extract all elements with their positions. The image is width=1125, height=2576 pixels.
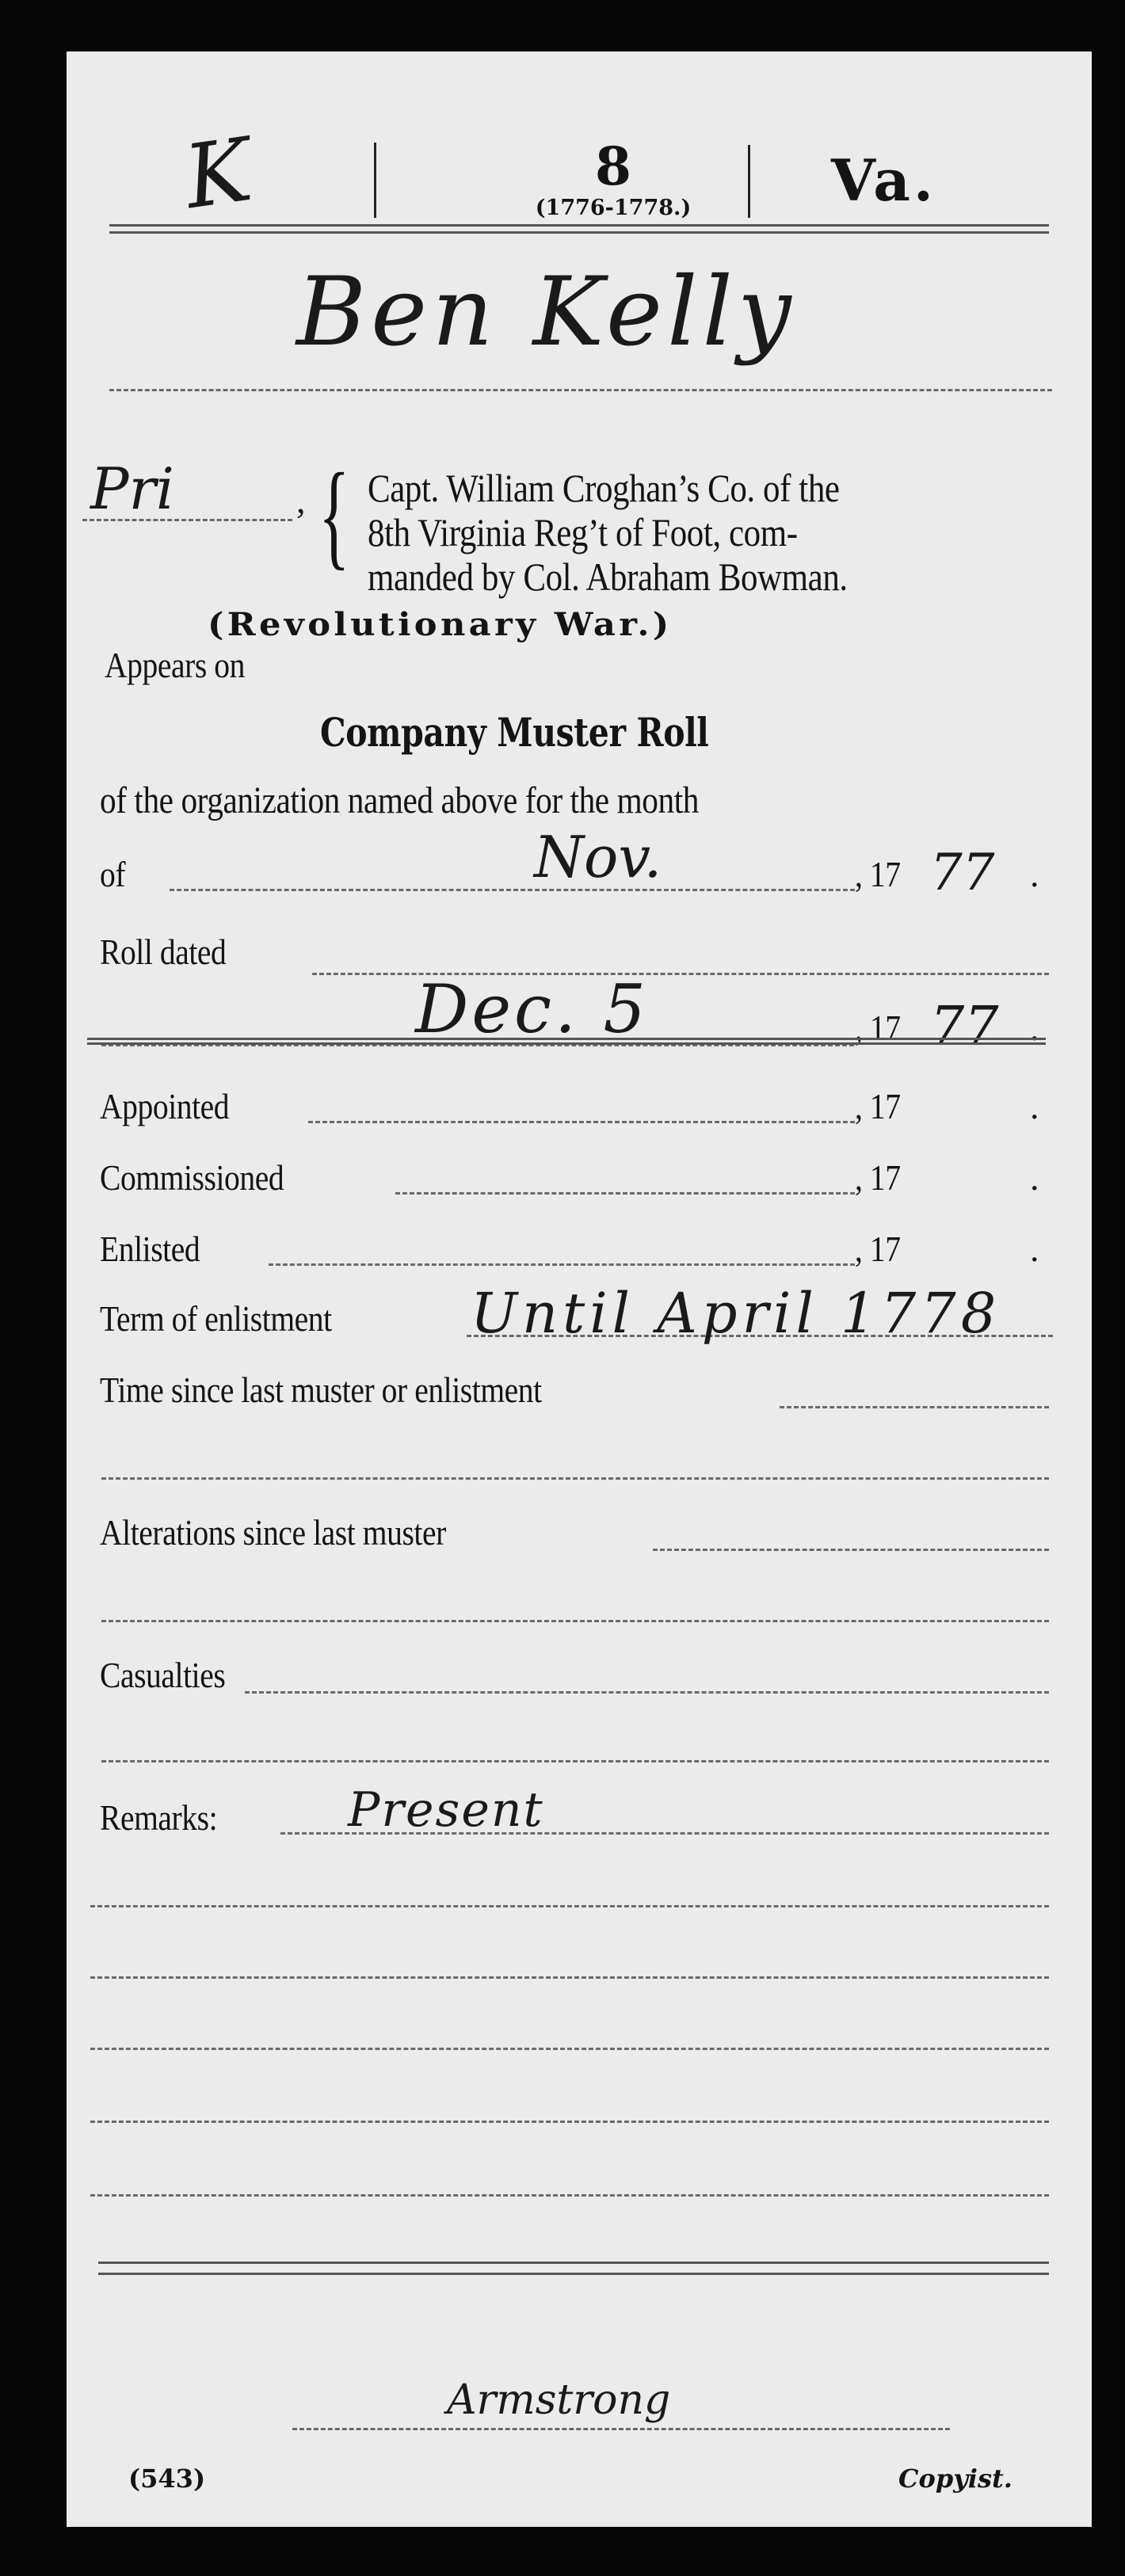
appointed-year: , 17 <box>855 1085 901 1127</box>
alterations-line-1 <box>653 1549 1049 1551</box>
remarks-line-3 <box>90 1976 1049 1979</box>
remarks-line-6 <box>90 2194 1049 2197</box>
regiment-years: (1776-1778.) <box>494 196 732 220</box>
roll-date-handwritten: Dec. 5 <box>415 970 649 1048</box>
casualties-line-2 <box>101 1760 1049 1762</box>
war-title: (Revolutionary War.) <box>208 606 672 643</box>
organization-line: of the organization named above for the … <box>100 779 699 822</box>
month-line <box>170 889 855 891</box>
commissioned-period: . <box>1030 1157 1039 1198</box>
muster-roll-card: K 8 (1776-1778.) Va. Ben Kelly Pri , { C… <box>67 51 1092 2527</box>
appointed-period: . <box>1030 1085 1039 1127</box>
roll-year-handwritten: 77 <box>930 996 999 1058</box>
unit-brace: { <box>318 455 350 574</box>
rank-comma: , <box>296 479 306 521</box>
soldier-name-handwritten: Ben Kelly <box>296 257 796 368</box>
roll-dated-label: Roll dated <box>100 931 226 973</box>
casualties-line-1 <box>245 1691 1049 1694</box>
copyist-signature: Armstrong <box>447 2376 670 2424</box>
remarks-line-2 <box>90 1905 1049 1907</box>
header-double-rule-top <box>109 224 1049 227</box>
rank-handwritten: Pri <box>90 455 174 522</box>
name-line <box>109 389 1052 391</box>
header-divider-right <box>748 145 750 218</box>
copyist-line <box>292 2428 950 2430</box>
month-prefix: of <box>100 853 125 895</box>
month-period: . <box>1030 853 1039 895</box>
alterations-label: Alterations since last muster <box>100 1511 446 1553</box>
term-value-handwritten: Until April 1778 <box>471 1281 1001 1346</box>
term-label: Term of enlistment <box>100 1298 332 1339</box>
enlisted-line <box>269 1263 855 1266</box>
section-double-rule-top <box>87 1038 1046 1040</box>
commissioned-year: , 17 <box>855 1157 901 1198</box>
time-since-label: Time since last muster or enlistment <box>100 1369 542 1411</box>
header-divider-left <box>374 143 376 218</box>
unit-line-1: Capt. William Croghan’s Co. of the <box>368 465 840 511</box>
footer-double-rule-top <box>98 2262 1049 2264</box>
month-year-handwritten: 77 <box>930 844 994 902</box>
section-double-rule-bottom <box>87 1042 1046 1045</box>
appears-on-label: Appears on <box>105 644 245 686</box>
unit-line-3: manded by Col. Abraham Bowman. <box>368 554 848 600</box>
document-type-title: Company Muster Roll <box>320 709 708 756</box>
month-handwritten: Nov. <box>534 824 662 890</box>
enlisted-period: . <box>1030 1228 1039 1270</box>
remarks-line-4 <box>90 2048 1049 2050</box>
footer-double-rule-bottom <box>98 2273 1049 2275</box>
enlisted-year: , 17 <box>855 1228 901 1270</box>
remarks-value-handwritten: Present <box>348 1782 544 1838</box>
month-year-printed: , 17 <box>855 853 901 895</box>
appointed-label: Appointed <box>100 1085 229 1127</box>
unit-line-2: 8th Virginia Reg’t of Foot, com- <box>368 509 798 555</box>
commissioned-line <box>395 1192 855 1195</box>
rank-line <box>82 519 292 521</box>
remarks-line-5 <box>90 2121 1049 2123</box>
header-double-rule-bottom <box>109 231 1049 234</box>
form-number: (543) <box>128 2464 205 2494</box>
enlisted-label: Enlisted <box>100 1228 200 1270</box>
copyist-label: Copyist. <box>898 2464 1013 2494</box>
casualties-label: Casualties <box>100 1654 225 1696</box>
remarks-label: Remarks: <box>100 1797 217 1839</box>
alterations-line-2 <box>101 1620 1049 1622</box>
handwritten-initial: K <box>178 119 257 228</box>
commissioned-label: Commissioned <box>100 1157 284 1198</box>
regiment-number: 8 <box>494 139 732 194</box>
time-since-line-2 <box>101 1477 1049 1480</box>
time-since-line-1 <box>780 1406 1049 1408</box>
state-abbrev: Va. <box>831 147 936 214</box>
appointed-line <box>308 1121 855 1123</box>
